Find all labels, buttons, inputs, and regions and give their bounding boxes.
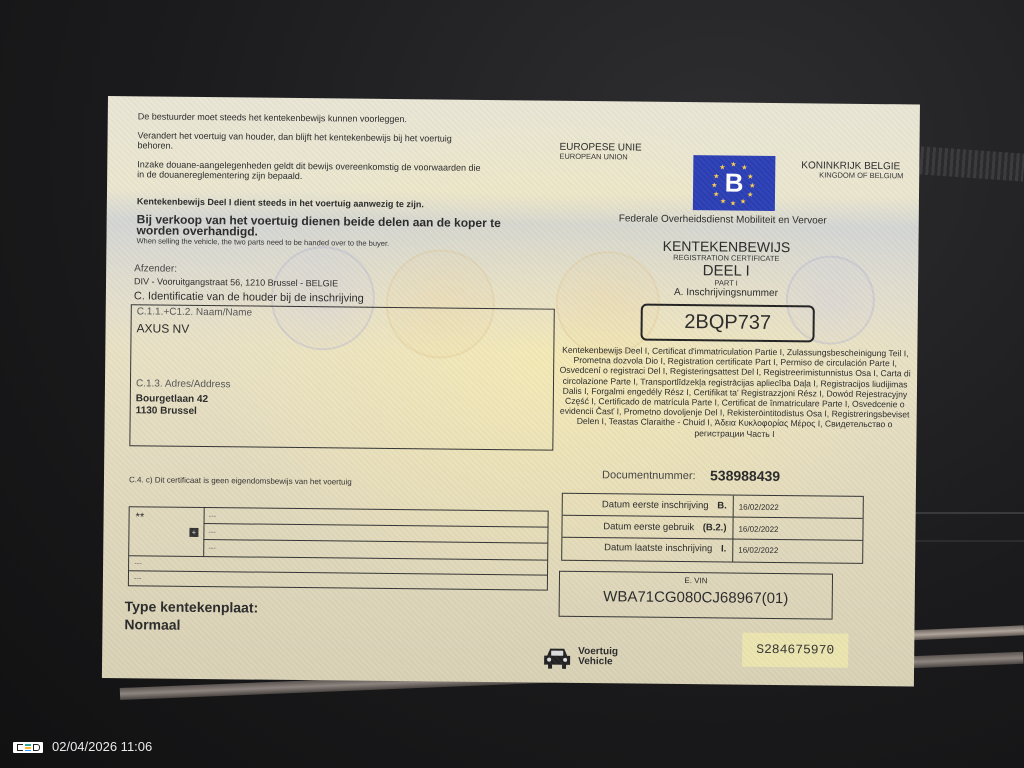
doc-part: DEEL I [616, 262, 836, 279]
seat-trim [900, 625, 1024, 640]
vehicle-label-en: Vehicle [578, 657, 613, 667]
doc-number: 538988439 [710, 467, 780, 484]
dates-table: Datum eerste inschrijving B. 16/02/2022 … [561, 493, 864, 564]
sender-value: DIV - Vooruitgangstraat 56, 1210 Brussel… [134, 276, 338, 288]
car-icon [542, 646, 572, 670]
eu-flag-icon: ★ ★ ★ ★ ★ ★ ★ ★ ★ ★ ★ ★ B [693, 155, 776, 211]
photo-timestamp: 02/04/2026 11:06 [52, 740, 152, 754]
address-label: C.1.3. Adres/Address [136, 378, 231, 390]
doc-title: KENTEKENBEWIJS [616, 238, 836, 254]
plate-type-label: Type kentekenplaat: [125, 598, 259, 615]
address-line: 1130 Brussel [136, 405, 197, 417]
date-value: 16/02/2022 [738, 525, 778, 534]
multilingual-title: Kentekenbewijs Deel I, Certificat d'imma… [554, 345, 915, 441]
eu-label-en: EUROPEAN UNION [559, 153, 627, 162]
doc-number-label: Documentnummer: [602, 469, 696, 482]
grid-cell: --- [134, 559, 142, 567]
date-value: 16/02/2022 [739, 503, 779, 512]
intro-line: Verandert het voertuig van houder, dan b… [138, 130, 452, 143]
name-label: C.1.1.+C1.2. Naam/Name [137, 306, 252, 318]
vin-label: E. VIN [560, 575, 832, 587]
grid-cell: --- [208, 528, 216, 536]
date-label: Datum eerste inschrijving B. [563, 499, 727, 512]
date-label: Datum laatste inschrijving I. [562, 542, 726, 555]
seat-seam [900, 540, 1024, 542]
address-line: Bourgetlaan 42 [136, 393, 208, 405]
reg-number: 2BQP737 [640, 304, 814, 343]
registration-certificate: De bestuurder moet steeds het kentekenbe… [102, 96, 920, 686]
holder-name: AXUS NV [136, 321, 189, 336]
vin-value: WBA71CG080CJ68967(01) [560, 588, 832, 608]
section-c-title: C. Identificatie van de houder bij de in… [134, 290, 364, 304]
seat-crease [919, 146, 1024, 181]
plate-type-value: Normaal [124, 616, 180, 633]
date-value: 16/02/2022 [738, 546, 778, 555]
intro-line: in de douanereglementering zijn bepaald. [137, 169, 302, 181]
remarks-grid: ** + --- --- --- --- --- [128, 506, 549, 590]
holder-box: C.1.1.+C1.2. Naam/Name AXUS NV C.1.3. Ad… [129, 304, 554, 450]
grid-cell: --- [134, 574, 142, 582]
sender-label: Afzender: [134, 263, 177, 274]
intro-line: behoren. [137, 140, 173, 150]
seat-seam [900, 512, 1024, 514]
grid-cell: --- [208, 544, 216, 552]
kingdom-label-en: KINGDOM OF BELGIUM [819, 171, 903, 180]
flag-letter: B [693, 169, 775, 196]
serial-number: S284675970 [742, 633, 848, 668]
reg-number-label: A. Inschrijvingsnummer [616, 286, 836, 299]
c4-note: C.4. c) Dit certificaat is geen eigendom… [129, 475, 352, 486]
intro-line: De bestuurder moet steeds het kentekenbe… [138, 111, 407, 124]
plus-icon: + [189, 528, 198, 537]
grid-cell: --- [209, 512, 217, 520]
agency-name: Federale Overheidsdienst Mobiliteit en V… [619, 213, 827, 226]
date-label: Datum eerste gebruik (B.2.) [562, 521, 726, 534]
grid-mark: ** [136, 511, 145, 523]
ced-logo [13, 742, 43, 753]
vin-box: E. VIN WBA71CG080CJ68967(01) [559, 571, 833, 620]
